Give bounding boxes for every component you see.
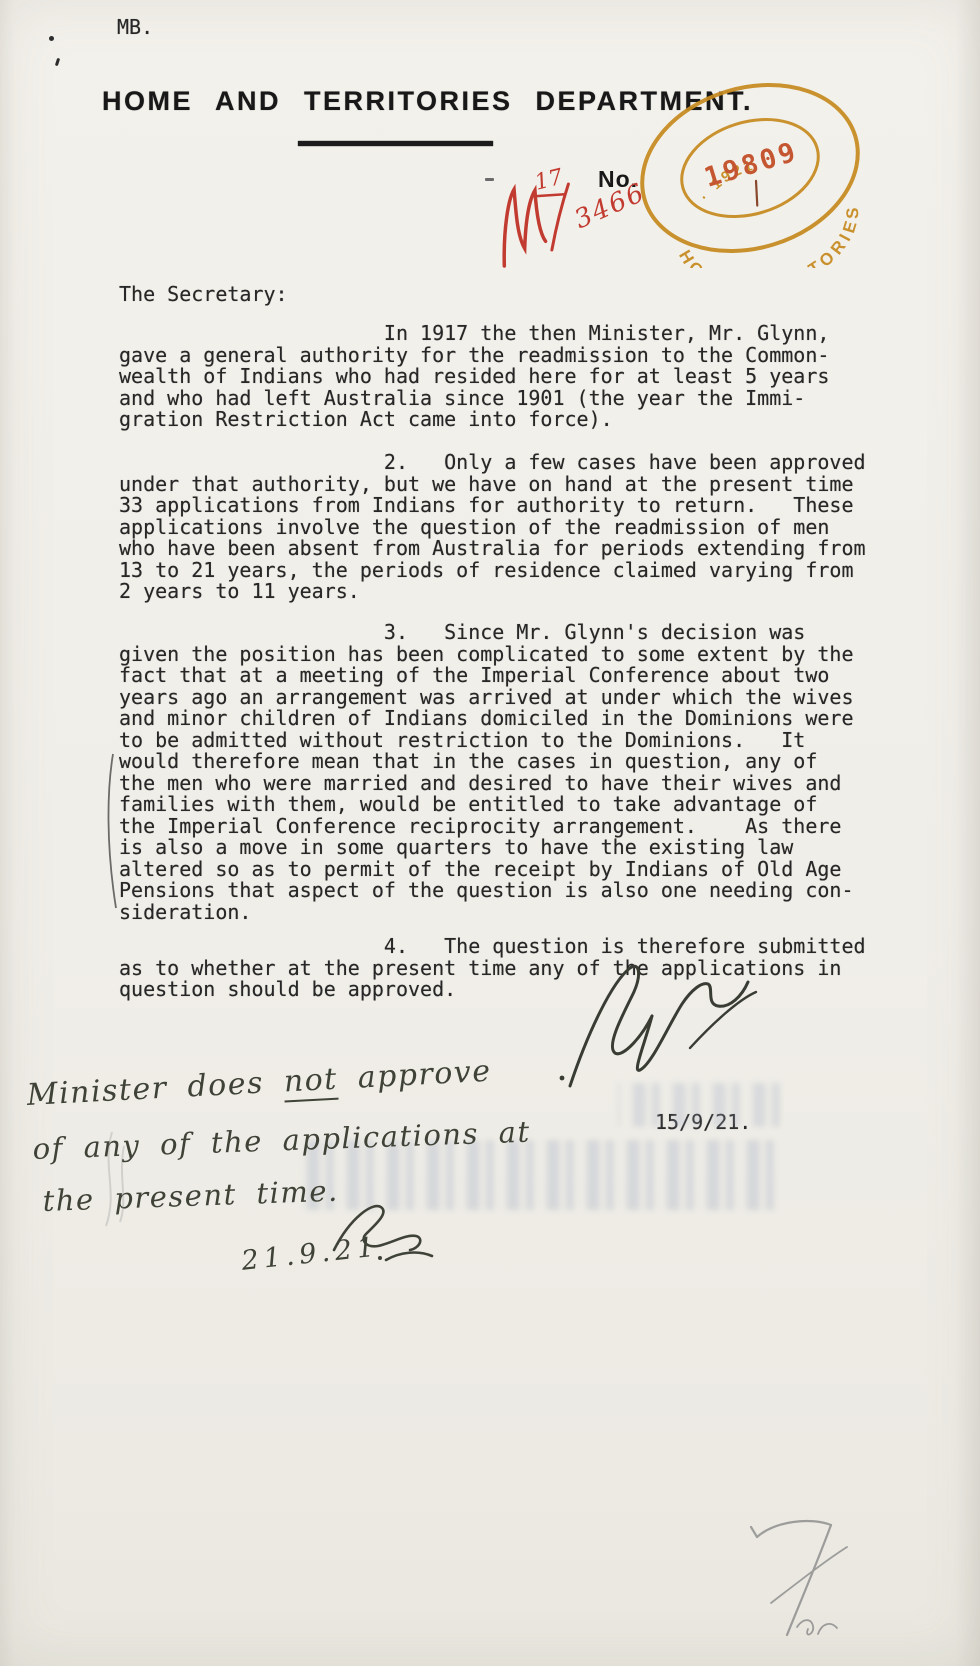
scanned-letter-page: MB. HOME AND TERRITORIES DEPARTMENT. No.…: [0, 0, 980, 1666]
salutation: The Secretary:: [119, 282, 288, 306]
margin-emphasis-line: [103, 750, 125, 912]
bleed-through-smudge: [618, 1083, 786, 1127]
paragraph-1: In 1917 the then Minister, Mr. Glynn, ga…: [119, 323, 829, 431]
ink-speck: [49, 36, 54, 41]
paragraph-2: 2. Only a few cases have been approved u…: [119, 452, 866, 603]
registry-stamp: HOME TERRITORIES · 1921 · 19809: [615, 68, 885, 268]
faint-pencil-marks: [94, 1126, 144, 1236]
stamp-handwritten-stroke: [750, 181, 763, 206]
red-number-top: 17: [532, 165, 565, 196]
minister-note-line1: Minister does not approve: [26, 1054, 492, 1113]
stamp-number: 19809: [701, 136, 802, 194]
paragraph-3: 3. Since Mr. Glynn's decision was given …: [119, 622, 854, 923]
note-line1-post: approve: [337, 1054, 493, 1097]
note-word-not-underlined: not: [283, 1062, 339, 1103]
pencil-folio-mark: [735, 1505, 885, 1660]
ink-speck: [55, 58, 60, 67]
corner-initials: MB.: [117, 15, 153, 39]
letterhead-rule: [298, 141, 493, 146]
officer-initials-signature: [540, 952, 780, 1102]
note-line1-pre: Minister does: [26, 1065, 285, 1113]
minister-note-line3: the present time.: [42, 1174, 339, 1218]
